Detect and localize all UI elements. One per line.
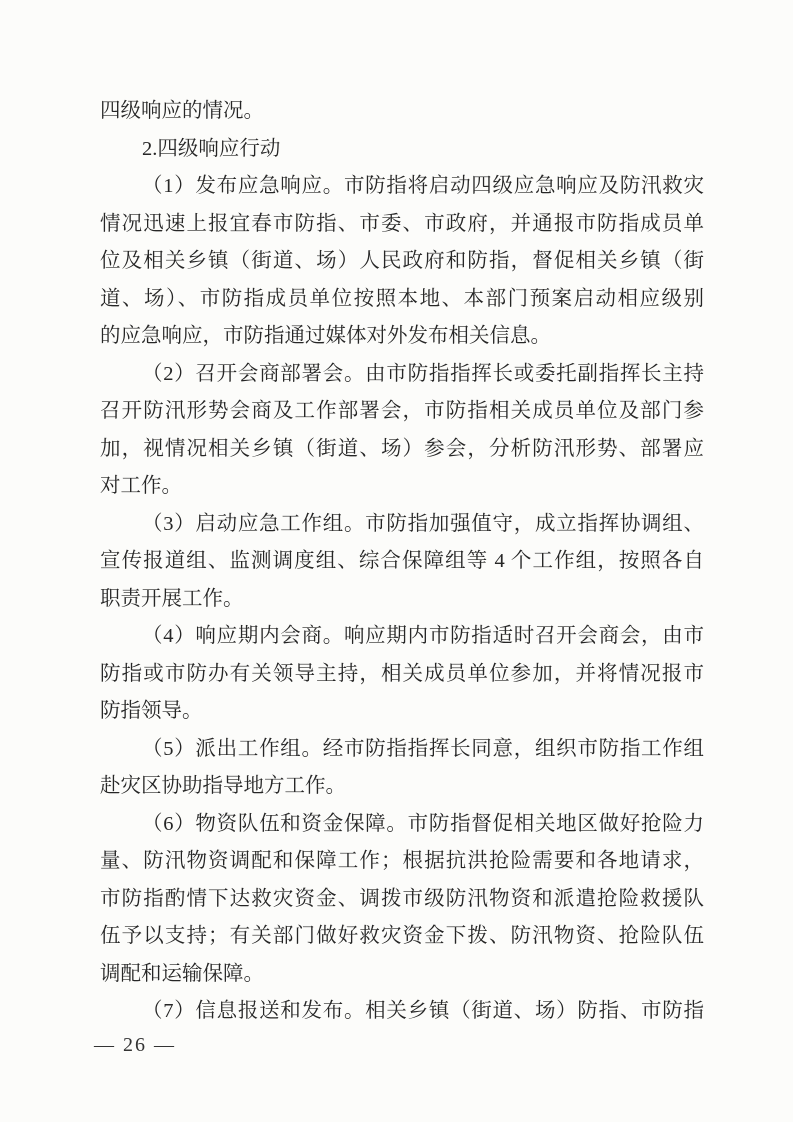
text-line: （3）启动应急工作组。市防指加强值守，成立指挥协调组、 [100, 506, 704, 544]
text-line: 情况迅速上报宜春市防指、市委、市政府，并通报市防指成员单 [100, 206, 704, 244]
text-line: 加，视情况相关乡镇（街道、场）参会，分析防汛形势、部署应 [100, 431, 704, 469]
text-line: 道、场）、市防指成员单位按照本地、本部门预案启动相应级别 [100, 281, 704, 319]
text-line: （1）发布应急响应。市防指将启动四级应急响应及防汛救灾 [100, 168, 704, 206]
text-line: 召开防汛形势会商及工作部署会，市防指相关成员单位及部门参 [100, 393, 704, 431]
page-number: — 26 — [94, 1030, 176, 1060]
text-line: 宣传报道组、监测调度组、综合保障组等 4 个工作组，按照各自 [100, 543, 704, 581]
text-line: 职责开展工作。 [100, 581, 704, 619]
text-line: 位及相关乡镇（街道、场）人民政府和防指，督促相关乡镇（街 [100, 243, 704, 281]
text-line: 量、防汛物资调配和保障工作；根据抗洪抢险需要和各地请求， [100, 843, 704, 881]
text-line: 2.四级响应行动 [100, 131, 704, 169]
text-line: 的应急响应，市防指通过媒体对外发布相关信息。 [100, 318, 704, 356]
text-line: （5）派出工作组。经市防指指挥长同意，组织市防指工作组 [100, 731, 704, 769]
text-line: 市防指酌情下达救灾资金、调拨市级防汛物资和派遣抢险救援队 [100, 881, 704, 919]
text-line: （7）信息报送和发布。相关乡镇（街道、场）防指、市防指 [100, 993, 704, 1031]
document-page: 四级响应的情况。2.四级响应行动（1）发布应急响应。市防指将启动四级应急响应及防… [0, 0, 793, 1122]
text-line: 赴灾区协助指导地方工作。 [100, 768, 704, 806]
text-line: （6）物资队伍和资金保障。市防指督促相关地区做好抢险力 [100, 806, 704, 844]
text-line: （2）召开会商部署会。由市防指指挥长或委托副指挥长主持 [100, 356, 704, 394]
text-line: 防指领导。 [100, 693, 704, 731]
text-line: 对工作。 [100, 468, 704, 506]
text-line: 四级响应的情况。 [100, 93, 704, 131]
text-line: 防指或市防办有关领导主持，相关成员单位参加，并将情况报市 [100, 656, 704, 694]
text-line: （4）响应期内会商。响应期内市防指适时召开会商会，由市 [100, 618, 704, 656]
page-body-text: 四级响应的情况。2.四级响应行动（1）发布应急响应。市防指将启动四级应急响应及防… [100, 93, 704, 1031]
text-line: 调配和运输保障。 [100, 956, 704, 994]
text-line: 伍予以支持；有关部门做好救灾资金下拨、防汛物资、抢险队伍 [100, 918, 704, 956]
